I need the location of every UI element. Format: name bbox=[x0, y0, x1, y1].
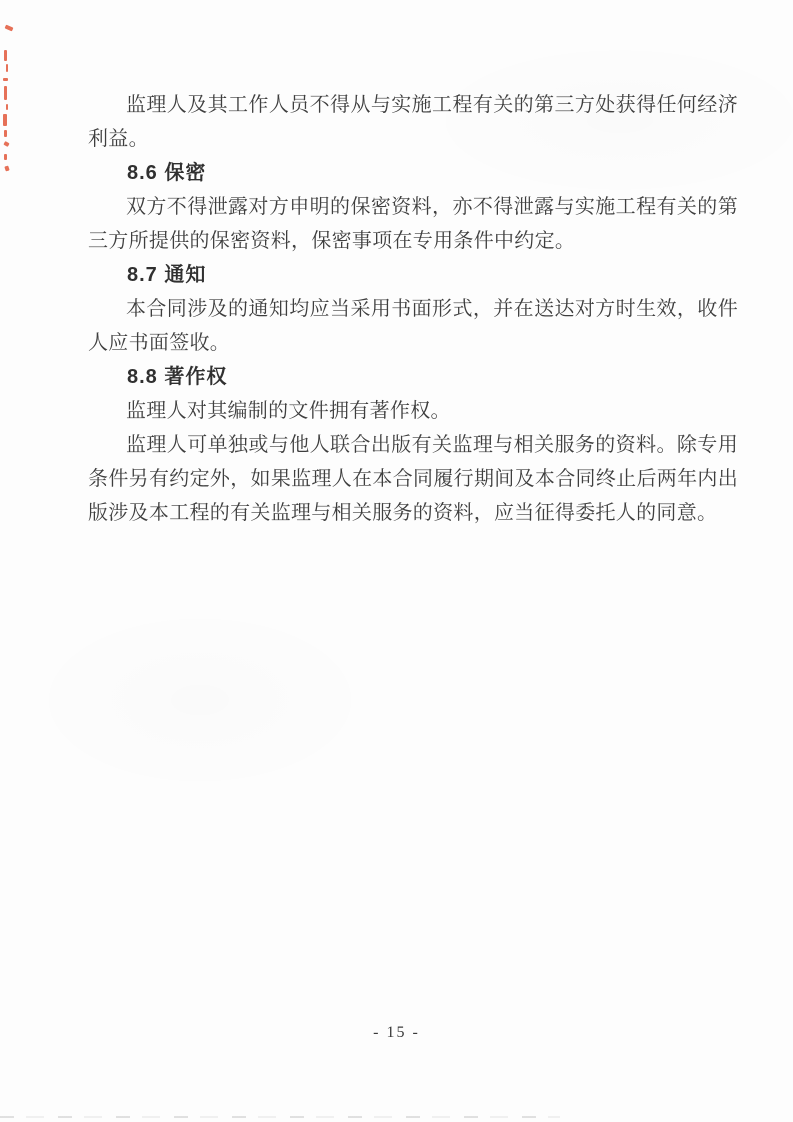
red-seal-fragment bbox=[0, 24, 16, 176]
paragraph-notice: 本合同涉及的通知均应当采用书面形式，并在送达对方时生效，收件人应书面签收。 bbox=[88, 292, 738, 360]
scanned-contract-page: 监理人及其工作人员不得从与实施工程有关的第三方处获得任何经济利益。 8.6 保密… bbox=[0, 0, 793, 1122]
page-number: - 15 - bbox=[373, 1024, 420, 1041]
section-heading-8-6-confidentiality: 8.6 保密 bbox=[88, 156, 738, 190]
paragraph-economic-benefit: 监理人及其工作人员不得从与实施工程有关的第三方处获得任何经济利益。 bbox=[88, 88, 738, 156]
page-footer: - 15 - bbox=[0, 1024, 793, 1042]
contract-body: 监理人及其工作人员不得从与实施工程有关的第三方处获得任何经济利益。 8.6 保密… bbox=[88, 88, 738, 530]
paragraph-publication-consent: 监理人可单独或与他人联合出版有关监理与相关服务的资料。除专用条件另有约定外，如果… bbox=[88, 428, 738, 530]
scan-artifact-bottom-edge bbox=[0, 1116, 560, 1118]
paragraph-copyright-ownership: 监理人对其编制的文件拥有著作权。 bbox=[88, 394, 738, 428]
paragraph-confidentiality: 双方不得泄露对方申明的保密资料，亦不得泄露与实施工程有关的第三方所提供的保密资料… bbox=[88, 190, 738, 258]
section-heading-8-7-notice: 8.7 通知 bbox=[88, 258, 738, 292]
section-heading-8-8-copyright: 8.8 著作权 bbox=[88, 360, 738, 394]
